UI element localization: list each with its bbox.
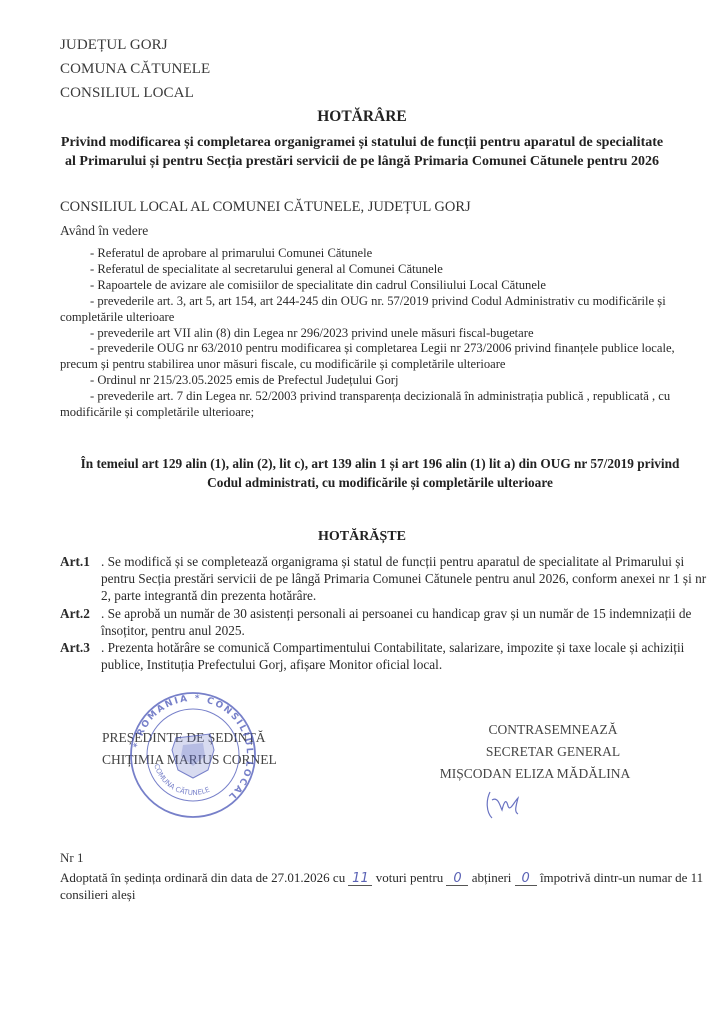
legal-basis: În temeiul art 129 alin (1), alin (2), l…	[70, 454, 690, 492]
article-2: Art.2 . Se aprobă un număr de 30 asisten…	[60, 605, 710, 639]
decision-number: Nr 1	[60, 850, 83, 866]
list-item: - prevederile art. 3, art 5, art 154, ar…	[60, 294, 700, 326]
document-title: HOTĂRÂRE	[0, 108, 724, 126]
council-heading: CONSILIUL LOCAL	[60, 85, 194, 102]
article-label: Art.1	[60, 553, 101, 605]
commune-heading: COMUNA CĂTUNELE	[60, 61, 210, 78]
subject-line-1: Privind modificarea și completarea organ…	[20, 133, 704, 152]
handwritten-signature-icon	[484, 788, 524, 822]
list-item: - Referatul de aprobare al primarului Co…	[60, 246, 700, 262]
abstentions-value: 0	[446, 872, 468, 886]
article-1: Art.1 . Se modifică și se completează or…	[60, 553, 710, 605]
article-3: Art.3 . Prezenta hotărâre se comunică Co…	[60, 639, 710, 673]
article-text: . Se modifică și se completează organigr…	[101, 553, 710, 605]
list-item: - prevederile art. 7 din Legea nr. 52/20…	[60, 389, 700, 421]
countersign-label: CONTRASEMNEAZĂ	[443, 719, 663, 741]
secretary-signature-block: CONTRASEMNEAZĂ SECRETAR GENERAL MIȘCODAN…	[443, 719, 663, 785]
president-name: CHIȚIMIA MARIUS CORNEL	[102, 749, 277, 771]
against-value: 0	[515, 872, 537, 886]
list-item: - Rapoartele de avizare ale comisiilor d…	[60, 278, 700, 294]
president-role: PREȘEDINTE DE ȘEDINȚĂ	[102, 727, 277, 749]
considerations-list: - Referatul de aprobare al primarului Co…	[60, 246, 700, 421]
county-heading: JUDEȚUL GORJ	[60, 37, 168, 54]
president-signature-block: PREȘEDINTE DE ȘEDINȚĂ CHIȚIMIA MARIUS CO…	[102, 727, 277, 771]
article-text: . Prezenta hotărâre se comunică Comparti…	[101, 639, 710, 673]
abstentions-label: abțineri	[472, 870, 512, 885]
article-label: Art.2	[60, 605, 101, 639]
secretary-role: SECRETAR GENERAL	[443, 741, 663, 763]
subject-line-2: al Primarului și pentru Secția prestări …	[20, 152, 704, 171]
secretary-name: MIȘCODAN ELIZA MĂDĂLINA	[407, 763, 663, 785]
article-text: . Se aprobă un număr de 30 asistenți per…	[101, 605, 710, 639]
article-label: Art.3	[60, 639, 101, 673]
document-subject: Privind modificarea și completarea organ…	[20, 133, 704, 171]
votes-for-value: 11	[348, 872, 372, 886]
list-item: - Ordinul nr 215/23.05.2025 emis de Pref…	[60, 373, 700, 389]
decides-title: HOTĂRĂȘTE	[0, 529, 724, 545]
list-item: - prevederile OUG nr 63/2010 pentru modi…	[60, 341, 700, 373]
considering-label: Având în vedere	[60, 223, 148, 239]
list-item: - prevederile art VII alin (8) din Legea…	[60, 326, 700, 342]
articles: Art.1 . Se modifică și se completează or…	[60, 553, 710, 673]
adoption-statement: Adoptată în ședința ordinară din data de…	[60, 869, 710, 903]
votes-for-label: voturi pentru	[376, 870, 444, 885]
adoption-prefix: Adoptată în ședința ordinară din data de…	[60, 870, 345, 885]
issuer: CONSILIUL LOCAL AL COMUNEI CĂTUNELE, JUD…	[60, 199, 471, 216]
list-item: - Referatul de specialitate al secretaru…	[60, 262, 700, 278]
